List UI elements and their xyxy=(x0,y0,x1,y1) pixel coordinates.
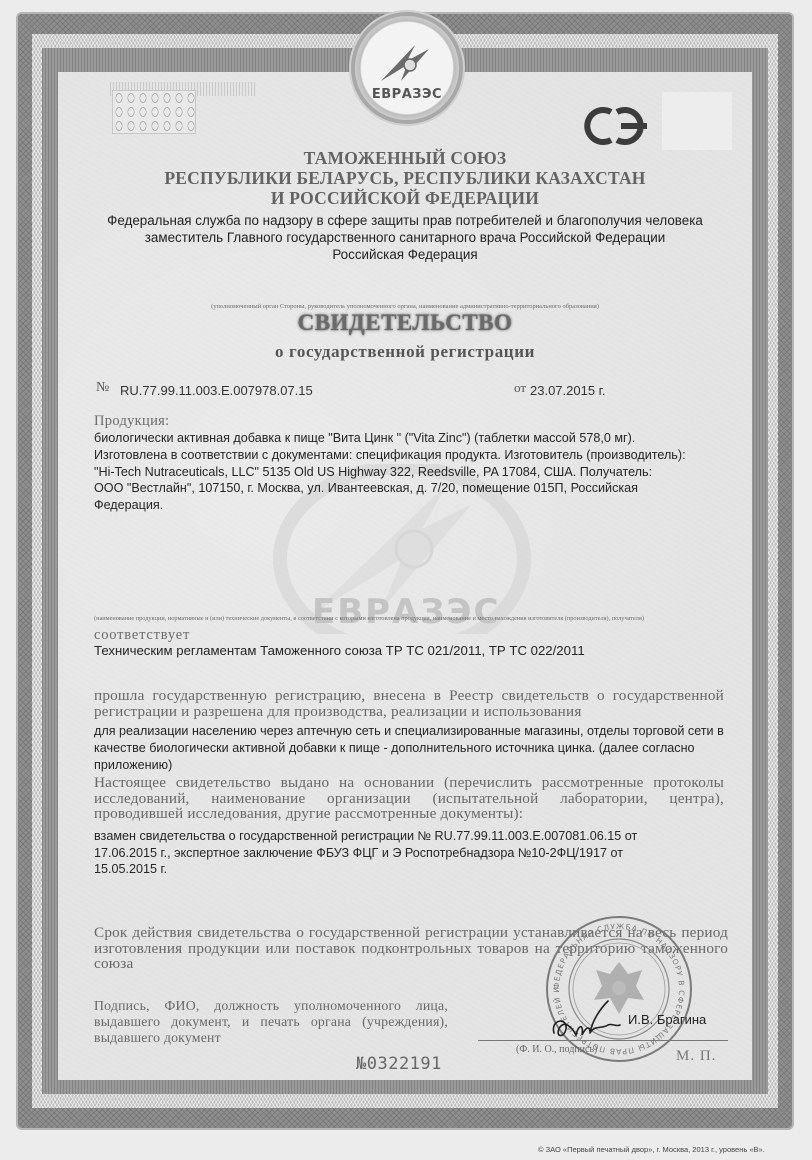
agency-line-3: Российская Федерация xyxy=(60,246,750,263)
signer-name: И.В. Брагина xyxy=(628,1012,706,1027)
registration-usage: для реализации населению через аптечную … xyxy=(94,723,724,773)
conformity-value: Техническим регламентам Таможенного союз… xyxy=(94,643,734,660)
certificate-sheet: ЕВРАЗЭС ЕВРАЗЭС ТАМОЖЕННЫЙ СОЮЗ РЕСПУБЛИ… xyxy=(0,0,812,1160)
certificate-title: СВИДЕТЕЛЬСТВО xyxy=(60,310,750,336)
signature-label: Подпись, ФИО, должность уполномоченного … xyxy=(94,998,448,1046)
printer-note: © ЗАО «Первый печатный двор», г. Москва,… xyxy=(538,1145,765,1154)
issuing-authority-header: ТАМОЖЕННЫЙ СОЮЗ РЕСПУБЛИКИ БЕЛАРУСЬ, РЕС… xyxy=(60,148,750,310)
conformity-label: соответствует xyxy=(94,628,734,643)
product-line-1: биологически активная добавка к пище "Ви… xyxy=(94,430,734,447)
blank-panel xyxy=(662,92,732,150)
signature-line xyxy=(478,1040,728,1041)
handwritten-signature xyxy=(548,995,628,1045)
number-sign: № xyxy=(96,380,109,396)
seal-place-label: М. П. xyxy=(676,1048,716,1065)
union-title-line-3: И РОССИЙСКОЙ ФЕДЕРАЦИИ xyxy=(60,188,750,208)
form-serial-number: №0322191 xyxy=(356,1054,442,1074)
certificate-subtitle: о государственной регистрации xyxy=(60,342,750,362)
product-section: Продукция: биологически активная добавка… xyxy=(94,413,734,514)
conformity-section: соответствует Техническим регламентам Та… xyxy=(94,628,734,660)
agency-line-2: заместитель Главного государственного са… xyxy=(60,229,750,246)
product-label: Продукция: xyxy=(94,413,734,430)
authority-caption: (уполномоченный орган Стороны, руководит… xyxy=(60,303,750,310)
registration-basis-value: взамен свидетельства о государственной р… xyxy=(94,828,654,878)
union-title-line-2: РЕСПУБЛИКИ БЕЛАРУСЬ, РЕСПУБЛИКИ КАЗАХСТА… xyxy=(60,168,750,188)
watermark-text: ЕВРАЗЭС xyxy=(312,592,500,632)
registration-section: прошла государственную регистрацию, внес… xyxy=(94,688,724,878)
eac-conformity-mark-icon xyxy=(575,103,655,149)
certificate-number: RU.77.99.11.003.Е.007978.07.15 xyxy=(120,383,313,398)
eurasec-emblem-icon xyxy=(377,41,437,85)
product-caption: (наименование продукции, нормативные и (… xyxy=(94,615,734,622)
product-line-2: Изготовлена в соответствии с документами… xyxy=(94,447,734,464)
agency-line-1: Федеральная служба по надзору в сфере за… xyxy=(60,212,750,229)
union-title-line-1: ТАМОЖЕННЫЙ СОЮЗ xyxy=(60,148,750,168)
product-line-4: ООО "Вестлайн", 107150, г. Москва, ул. И… xyxy=(94,480,734,497)
emblem-label: ЕВРАЗЭС xyxy=(372,87,442,102)
signature-caption: (Ф. И. О., подпись) xyxy=(516,1044,597,1055)
product-line-5: Федерация. xyxy=(94,497,734,514)
date-from-label: от xyxy=(514,380,526,396)
certificate-number-row: № RU.77.99.11.003.Е.007978.07.15 от 23.0… xyxy=(96,380,696,400)
signature-label-block: Подпись, ФИО, должность уполномоченного … xyxy=(94,998,448,1046)
certificate-date: 23.07.2015 г. xyxy=(530,383,605,398)
conformity-mark xyxy=(575,100,655,152)
registration-basis-label: Настоящее свидетельство выдано на основа… xyxy=(94,775,724,822)
registration-statement: прошла государственную регистрацию, внес… xyxy=(94,688,724,719)
product-line-3: "Hi-Tech Nutraceuticals, LLC" 5135 Old U… xyxy=(94,464,734,481)
hologram-sticker xyxy=(112,90,196,134)
eurasec-emblem: ЕВРАЗЭС xyxy=(344,8,470,128)
